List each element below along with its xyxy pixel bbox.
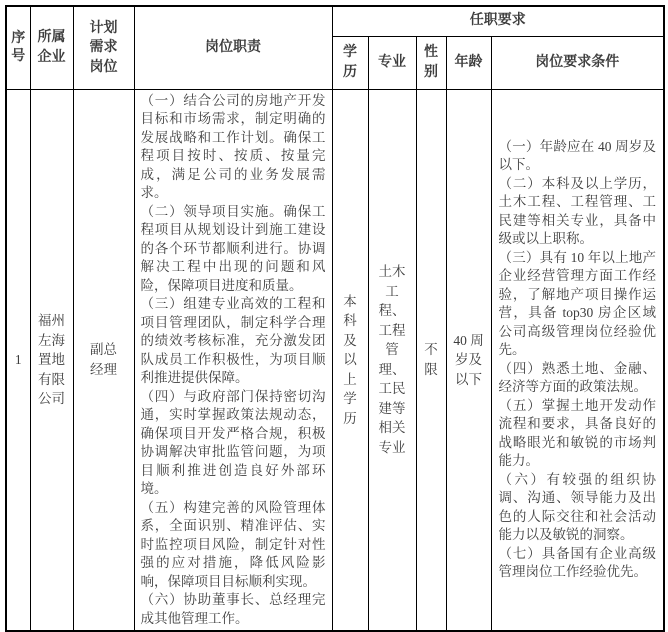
condition-paragraph: （七）具备国有企业高级管理岗位工作经验优先。	[499, 545, 657, 582]
duty-paragraph: （四）与政府部门保持密切沟通，实时掌握政策法规动态，确保项目开发严格合规，积极协…	[141, 388, 326, 499]
condition-paragraph: （三）具有 10 年以上地产企业经营管理方面工作经验，了解地产项目操作运营，具备…	[499, 249, 657, 360]
duty-paragraph: （一）结合公司的房地产开发目标和市场需求，制定明确的发展战略和工作计划。确保工程…	[141, 92, 326, 203]
header-company: 所属企业	[30, 6, 73, 89]
header-gender-label: 性别	[424, 43, 439, 82]
header-gender: 性别	[416, 36, 446, 89]
header-position: 计划需求岗位	[73, 6, 134, 89]
cell-education: 本科及以上学历	[332, 89, 368, 631]
gender-value: 不限	[424, 340, 439, 379]
header-education-label: 学历	[343, 43, 358, 82]
header-duties: 岗位职责	[134, 6, 332, 89]
header-position-label: 计划需求岗位	[89, 19, 119, 78]
job-posting-table: 序号 所属企业 计划需求岗位 岗位职责 任职要求 学历 专业 性别 年龄 岗位要…	[5, 5, 665, 632]
duty-paragraph: （五）构建完善的风险管理体系，全面识别、精准评估、实时监控项目风险，制定针对性强…	[141, 499, 326, 592]
condition-paragraph: （六）有较强的组织协调、沟通、领导能力及出色的人际交往和社会活动能力以及敏锐的洞…	[499, 471, 657, 545]
table-body: 1 福州左海置地有限公司 副总经理 （一）结合公司的房地产开发目标和市场需求，制…	[6, 89, 664, 631]
header-requirements-group: 任职要求	[332, 6, 664, 36]
header-index: 序号	[6, 6, 30, 89]
cell-gender: 不限	[416, 89, 446, 631]
condition-paragraph: （一）年龄应在 40 周岁及以下。	[499, 138, 657, 175]
duty-paragraph: （六）协助董事长、总经理完成其他管理工作。	[141, 591, 326, 628]
header-age: 年龄	[446, 36, 491, 89]
cell-position: 副总经理	[73, 89, 134, 631]
cell-conditions: （一）年龄应在 40 周岁及以下。 （二）本科及以上学历，土木工程、工程管理、工…	[491, 89, 664, 631]
header-education: 学历	[332, 36, 368, 89]
header-major: 专业	[368, 36, 416, 89]
education-value: 本科及以上学历	[343, 292, 358, 429]
header-company-label: 所属企业	[37, 28, 67, 67]
condition-paragraph: （四）熟悉土地、金融、经济等方面的政策法规。	[499, 360, 657, 397]
duty-paragraph: （二）领导项目实施。确保工程项目从规划设计到施工建设的各个环节都顺利进行。协调解…	[141, 203, 326, 296]
condition-paragraph: （五）掌握土地开发动作流程和要求，具备良好的战略眼光和敏锐的市场判能力。	[499, 397, 657, 471]
condition-paragraph: （二）本科及以上学历，土木工程、工程管理、工民建等相关专业，具备中级或以上职称。	[499, 175, 657, 249]
cell-age: 40 周岁及以下	[446, 89, 491, 631]
major-value: 土木工程、工程管理、工民建等相关专业	[377, 262, 407, 457]
table-header: 序号 所属企业 计划需求岗位 岗位职责 任职要求 学历 专业 性别 年龄 岗位要…	[6, 6, 664, 89]
cell-major: 土木工程、工程管理、工民建等相关专业	[368, 89, 416, 631]
table-row: 1 福州左海置地有限公司 副总经理 （一）结合公司的房地产开发目标和市场需求，制…	[6, 89, 664, 631]
cell-company: 福州左海置地有限公司	[30, 89, 73, 631]
company-name: 福州左海置地有限公司	[37, 311, 67, 409]
position-name: 副总经理	[89, 340, 119, 379]
cell-duties: （一）结合公司的房地产开发目标和市场需求，制定明确的发展战略和工作计划。确保工程…	[134, 89, 332, 631]
header-conditions: 岗位要求条件	[491, 36, 664, 89]
cell-index: 1	[6, 89, 30, 631]
duty-paragraph: （三）组建专业高效的工程和项目管理团队，制定科学合理的绩效考核标准，充分激发团队…	[141, 295, 326, 388]
age-value: 40 周岁及以下	[452, 331, 486, 390]
